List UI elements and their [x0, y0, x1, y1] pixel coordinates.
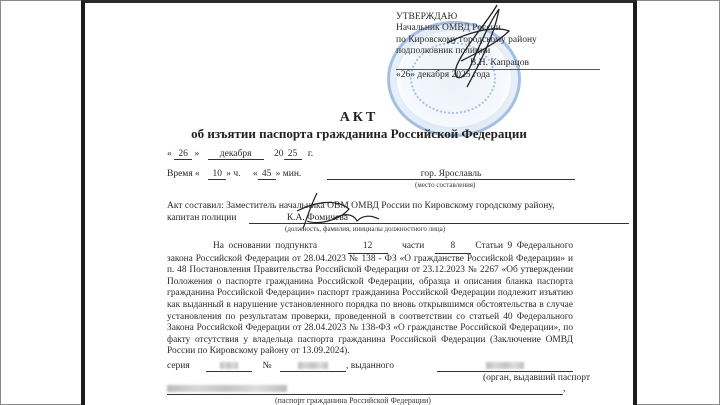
- issuer-caption: (орган, выдавший паспорт: [483, 373, 590, 383]
- series-field: [206, 361, 252, 372]
- document-subtitle: об изъятии паспорта гражданина Российско…: [85, 126, 633, 142]
- date-line: « 26 » декабря 2025 г.: [167, 149, 313, 160]
- number-field: [280, 361, 346, 372]
- basis-intro: На основании подпункта: [213, 241, 317, 251]
- basis-part: 8: [435, 241, 471, 254]
- date-month: декабря: [208, 149, 264, 160]
- place-field: гор. Ярославль: [327, 169, 575, 180]
- time-label: Время «: [167, 169, 200, 179]
- trailing-comma: ,: [563, 384, 565, 394]
- time-line: Время « 10» ч. «45» мин.: [167, 169, 301, 180]
- issuer-full-field: [167, 384, 563, 395]
- quote-close: »: [195, 149, 200, 159]
- compiler-signature: [277, 191, 387, 235]
- year-prefix: 20: [274, 149, 284, 159]
- basis-part-label: части: [402, 241, 424, 251]
- year-unit: г.: [308, 149, 313, 159]
- approval-signature: [437, 3, 527, 95]
- passport-line: серия № , выданного: [167, 361, 394, 372]
- document-page: УТВЕРЖДАЮ Начальник ОМВД России по Киров…: [85, 3, 633, 405]
- issuer-field: [437, 361, 573, 372]
- number-label: №: [263, 361, 272, 371]
- compiler-position: Заместитель начальника ОВМ ОМВД России п…: [226, 201, 554, 211]
- time-minutes: 45: [258, 169, 276, 180]
- hours-unit: » ч.: [226, 169, 240, 179]
- time-hours: 10: [208, 169, 226, 180]
- basis-subclause: 12: [348, 241, 388, 254]
- document-title: АКТ: [85, 110, 633, 126]
- basis-paragraph: На основании подпункта 12 части 8 Статьи…: [167, 241, 573, 358]
- minutes-unit: » мин.: [276, 169, 302, 179]
- date-year: 25: [284, 149, 302, 160]
- compiler-label: Акт составил:: [167, 201, 224, 211]
- quote-open: «: [167, 149, 172, 159]
- passport-caption: (паспорт гражданина Российской Федерации…: [275, 396, 431, 405]
- issued-label: , выданного: [346, 361, 394, 371]
- series-label: серия: [167, 361, 190, 371]
- date-day: 26: [174, 149, 192, 160]
- place-caption: (место составления): [415, 181, 475, 189]
- compiler-rank-line: капитан полиции К.А. Фомичева: [167, 213, 629, 224]
- compiler-rank: капитан полиции: [167, 213, 236, 223]
- page-right-edge: [633, 2, 637, 405]
- basis-text: Статьи 9 Федерального закона Российской …: [167, 241, 573, 356]
- issuer-full-line: ,: [167, 384, 565, 395]
